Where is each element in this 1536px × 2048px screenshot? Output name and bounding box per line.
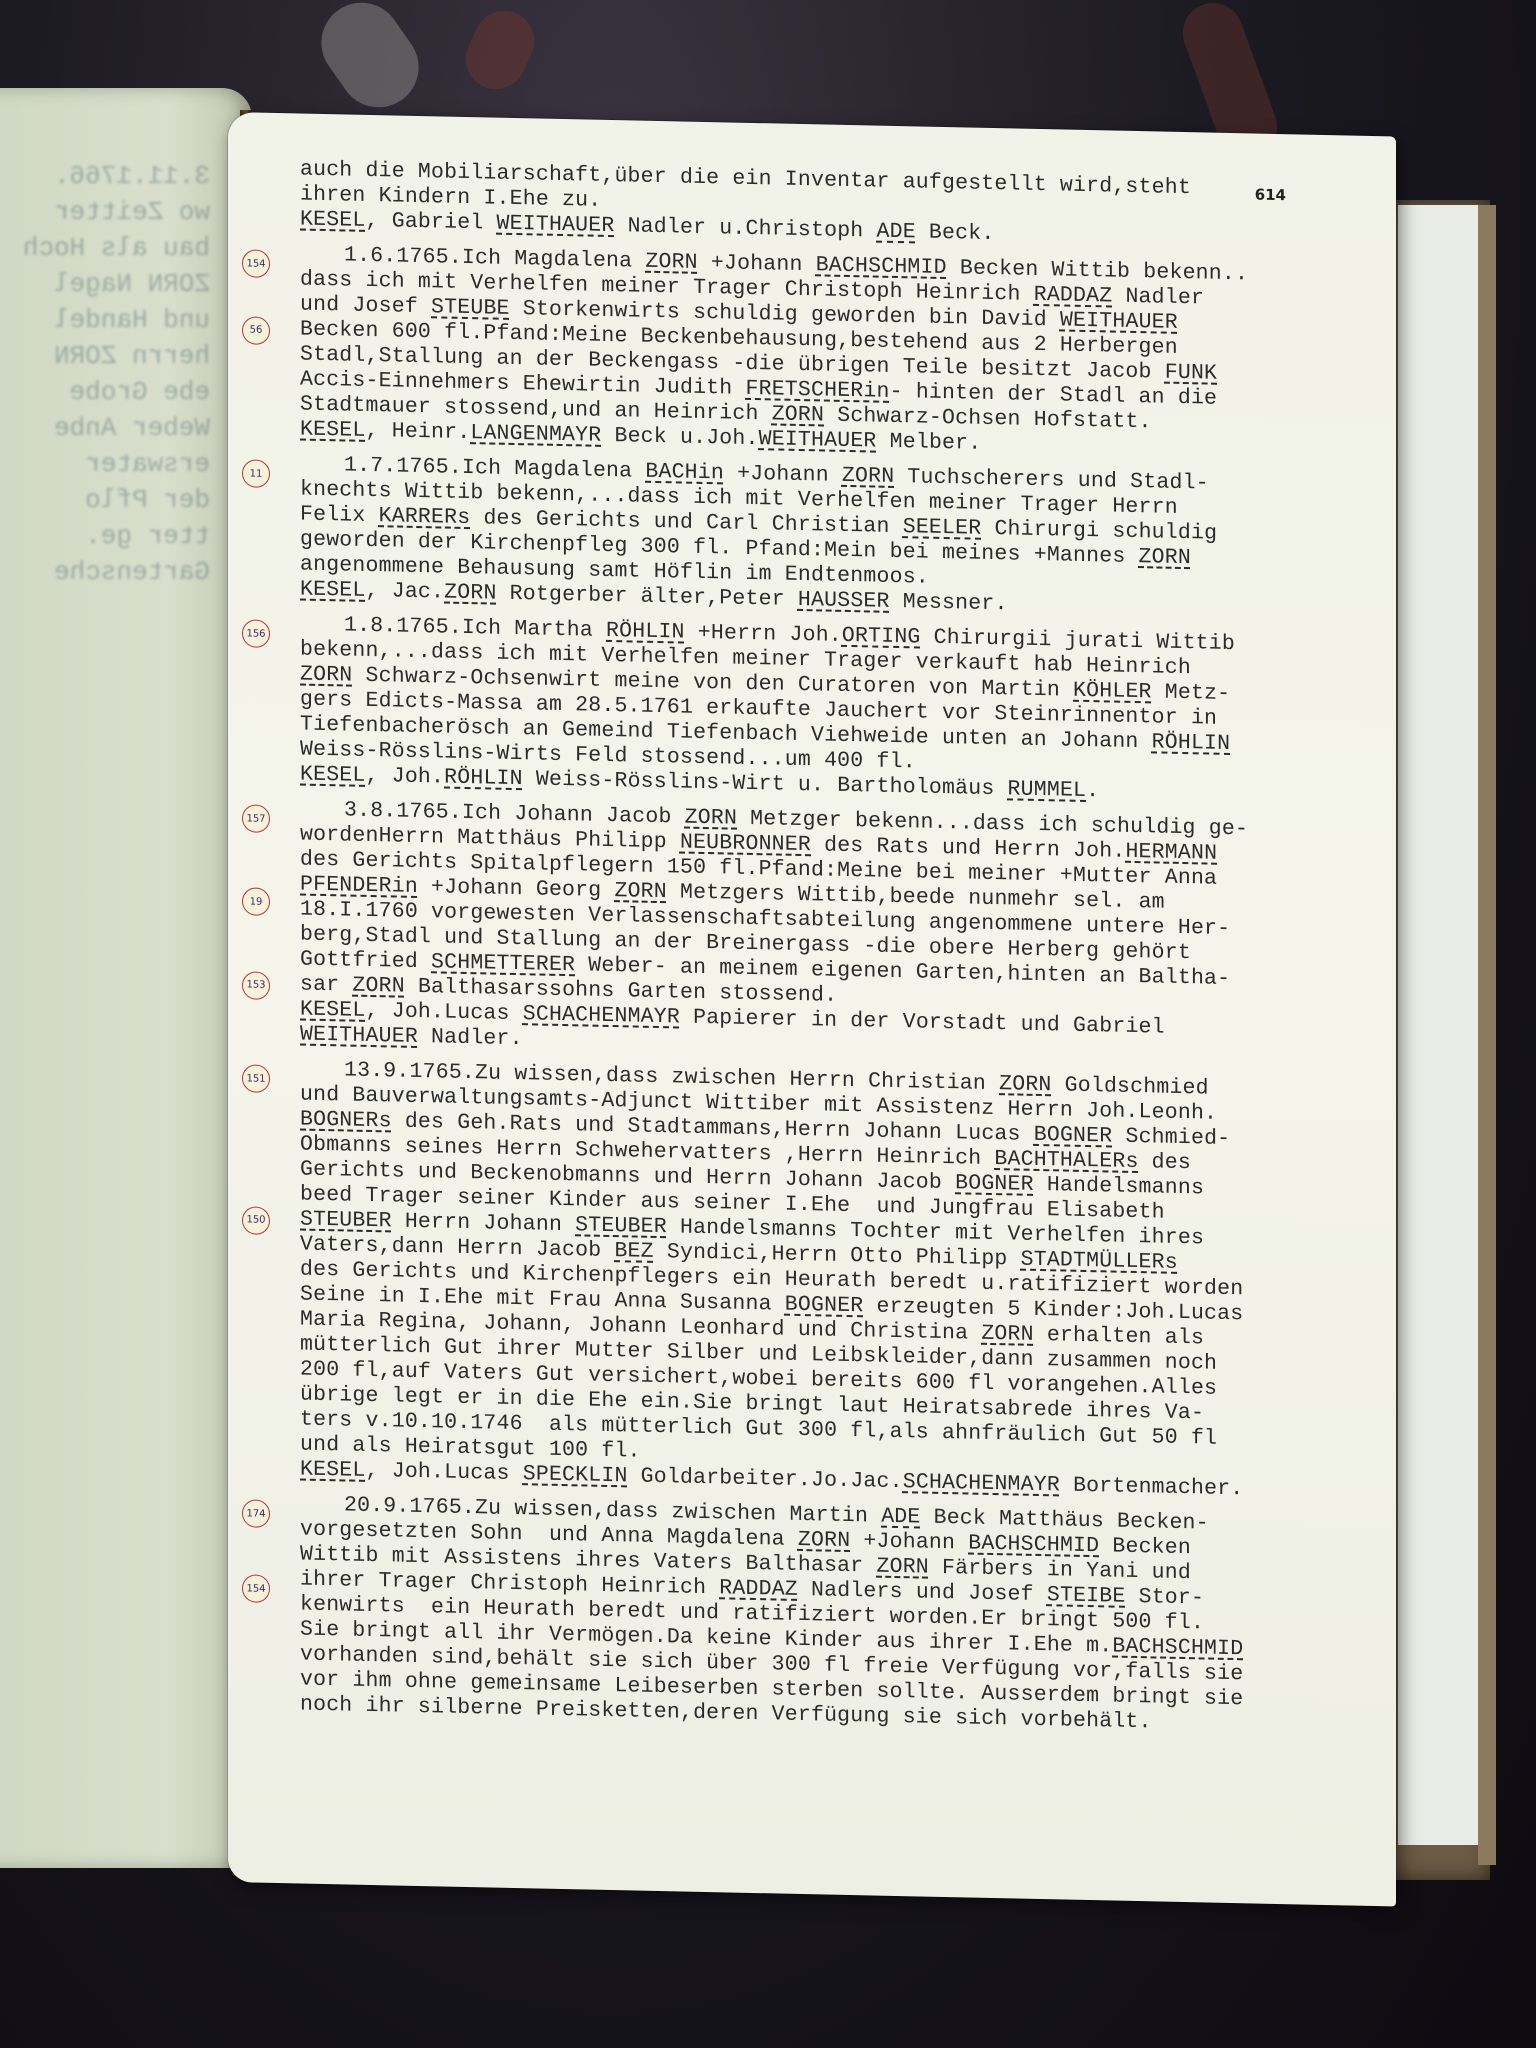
- margin-annotation: 11: [242, 459, 270, 488]
- margin-annotation: 151: [242, 1064, 270, 1093]
- margin-annotation: 154: [242, 1574, 270, 1603]
- facing-page-left: 3.11.1766. wo Zeitter bau als Hoch ZORN …: [0, 88, 252, 1868]
- book-cover-edge: [1478, 205, 1496, 1865]
- margin-annotation: 157: [242, 804, 270, 833]
- tablecloth-pattern: [456, 1, 544, 99]
- tablecloth-pattern: [306, 0, 435, 123]
- margin-annotation: 174: [242, 1499, 270, 1528]
- margin-annotation: 19: [242, 888, 270, 917]
- margin-annotation: 153: [242, 971, 270, 1000]
- document-body: auch die Mobiliarschaft,über die ein Inv…: [300, 158, 1360, 1740]
- page-stack-edge: [1398, 205, 1482, 1845]
- margin-annotation: 150: [242, 1206, 270, 1235]
- margin-annotation: 154: [242, 249, 270, 278]
- typed-document-page: 614 auch die Mobiliarschaft,über die ein…: [228, 112, 1396, 1906]
- margin-annotation: 156: [242, 619, 270, 648]
- margin-annotation: 56: [242, 316, 270, 345]
- facing-page-bleedthrough-text: 3.11.1766. wo Zeitter bau als Hoch ZORN …: [10, 158, 210, 590]
